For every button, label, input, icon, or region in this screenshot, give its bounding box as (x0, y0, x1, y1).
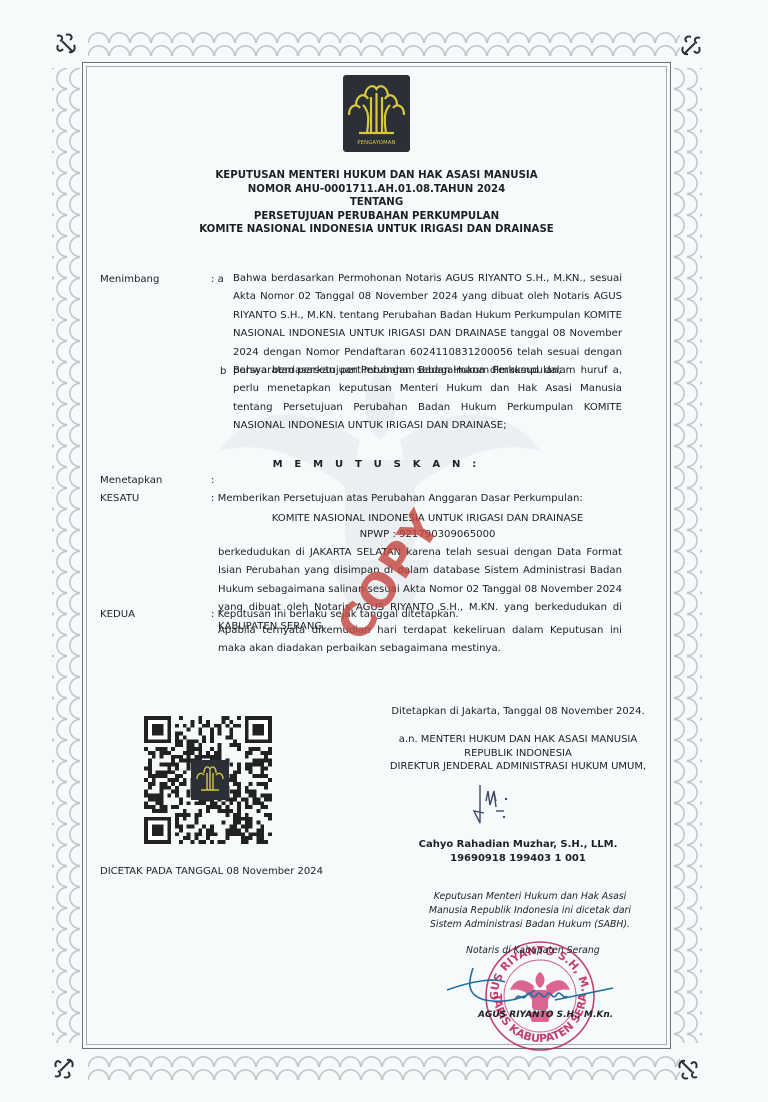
corner-ornament-icon (679, 35, 703, 57)
signatory: Cahyo Rahadian Muzhar, S.H., LLM. 196909… (370, 838, 666, 865)
memutuskan-heading: M E M U T U S K A N : (100, 459, 653, 470)
item-marker-b: b (220, 366, 226, 377)
border-pattern-right (674, 68, 702, 1043)
republic-line: REPUBLIK INDONESIA (370, 747, 666, 761)
title-line: PERSETUJUAN PERUBAHAN PERKUMPULAN (100, 210, 653, 224)
notary-location: Notaris di Kabupaten Serang (466, 945, 600, 956)
title-line: KEPUTUSAN MENTERI HUKUM DAN HAK ASASI MA… (100, 169, 653, 183)
logo-caption: PENGAYOMAN (343, 140, 410, 146)
qr-center-logo (191, 760, 229, 800)
kedua-text: Apabila ternyata dikemudian hari terdapa… (218, 622, 622, 659)
pengayoman-emblem-icon (191, 760, 229, 800)
notary-signature-icon (445, 960, 615, 1015)
kesatu-label: KESATU (100, 493, 139, 504)
kesatu-intro: : Memberikan Persetujuan atas Perubahan … (211, 493, 583, 504)
decree-number: NOMOR AHU-0001711.AH.01.08.TAHUN 2024 (100, 183, 653, 197)
ministry-logo: PENGAYOMAN (343, 75, 410, 152)
note-line: Keputusan Menteri Hukum dan Hak Asasi (420, 890, 640, 904)
menimbang-label: Menimbang (100, 274, 159, 285)
border-pattern-left (52, 68, 80, 1043)
kedua-label: KEDUA (100, 609, 135, 620)
printed-date: DICETAK PADA TANGGAL 08 November 2024 (100, 866, 323, 877)
corner-ornament-icon (54, 33, 78, 55)
signatory-title: a.n. MENTERI HUKUM DAN HAK ASASI MANUSIA… (370, 733, 666, 774)
note-line: Manusia Republik Indonesia ini dicetak d… (420, 904, 640, 918)
item-marker-a: : a (211, 274, 224, 285)
on-behalf-line: a.n. MENTERI HUKUM DAN HAK ASASI MANUSIA (370, 733, 666, 747)
menetapkan-label: Menetapkan (100, 475, 162, 486)
corner-ornament-icon (676, 1058, 700, 1080)
signatory-name: Cahyo Rahadian Muzhar, S.H., LLM. (370, 838, 666, 852)
signatory-nip: 19690918 199403 1 001 (370, 852, 666, 866)
title-line: KOMITE NASIONAL INDONESIA UNTUK IRIGASI … (100, 223, 653, 237)
sabh-note: Keputusan Menteri Hukum dan Hak Asasi Ma… (420, 890, 640, 931)
menimbang-item-b: Bahwa berdasarkan pertimbangan sebagaima… (233, 362, 622, 436)
qr-code[interactable] (144, 716, 272, 844)
notary-name: AGUS RIYANTO S.H., M.Kn. (478, 1010, 613, 1020)
position-line: DIREKTUR JENDERAL ADMINISTRASI HUKUM UMU… (370, 760, 666, 774)
menetapkan-colon: : (211, 475, 214, 486)
decree-title: KEPUTUSAN MENTERI HUKUM DAN HAK ASASI MA… (100, 169, 653, 237)
border-pattern-top (88, 30, 680, 56)
title-line: TENTANG (100, 196, 653, 210)
place-date: Ditetapkan di Jakarta, Tanggal 08 Novemb… (370, 705, 666, 719)
corner-ornament-icon (52, 1057, 76, 1079)
signature-icon (470, 783, 520, 829)
